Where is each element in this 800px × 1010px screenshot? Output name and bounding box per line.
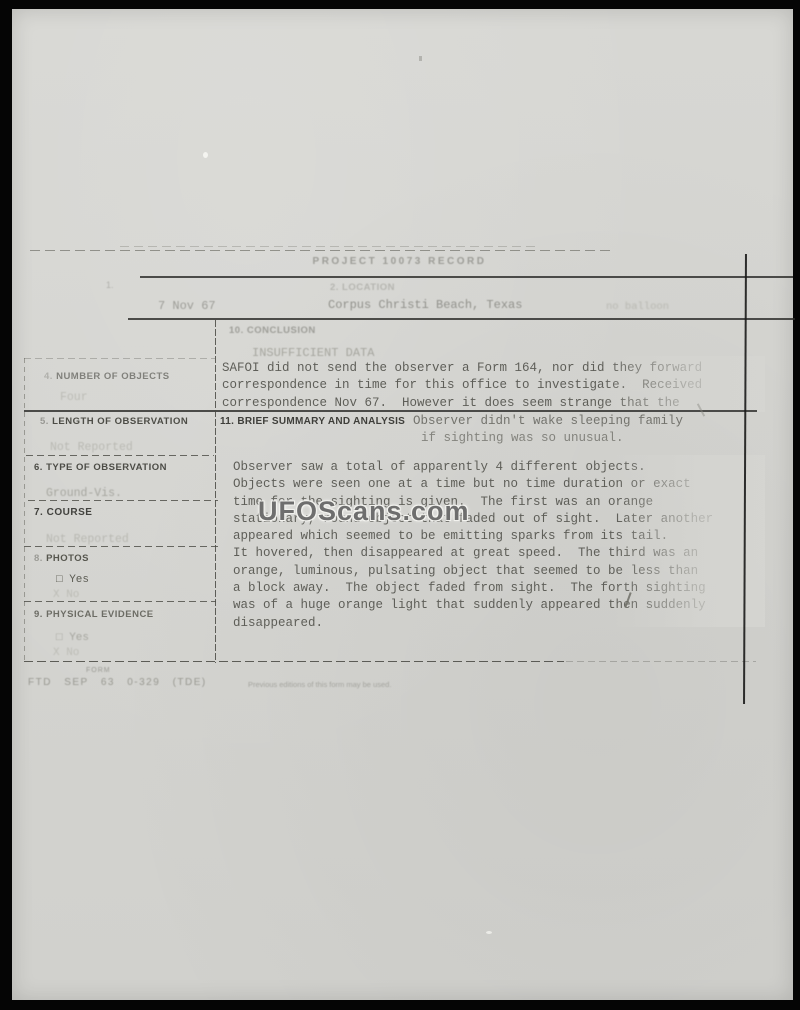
header-rule-2 xyxy=(128,318,795,320)
location-label: 2. LOCATION xyxy=(330,282,395,293)
conclusion-value: INSUFFICIENT DATA xyxy=(252,346,374,360)
field-number-of-objects-label: 4. NUMBER OF OBJECTS xyxy=(44,371,170,382)
field-label-text: COURSE xyxy=(47,507,93,518)
form-bottom-border-faint xyxy=(566,661,756,662)
scan-speck xyxy=(419,56,422,61)
field-length-of-observation-label: 5. LENGTH OF OBSERVATION xyxy=(40,416,188,427)
mid-rule xyxy=(24,410,757,412)
scanned-document-page: PROJECT 10073 RECORD 1. 2. LOCATION 7 No… xyxy=(0,0,800,1010)
left-column-top-border xyxy=(24,358,215,359)
field-number: 8. xyxy=(34,553,43,564)
field-number-of-objects-value: Four xyxy=(60,391,88,404)
footer-form-id: FTD SEP 63 0-329 (TDE) xyxy=(28,677,207,688)
field-label-text: PHOTOS xyxy=(46,553,89,564)
header-rule xyxy=(140,276,793,278)
ufoscans-watermark: UFOScans.com xyxy=(258,496,470,527)
field-number: 5. xyxy=(40,416,49,427)
scan-speck xyxy=(486,931,492,934)
field-separator xyxy=(26,455,214,456)
field-number: 4. xyxy=(44,371,53,382)
footer-note: Previous editions of this form may be us… xyxy=(248,680,391,689)
top-dashed-rule xyxy=(120,246,540,247)
scan-fade-overlay xyxy=(600,356,765,412)
summary-label: 11. BRIEF SUMMARY AND ANALYSIS xyxy=(220,416,405,427)
scan-speck xyxy=(203,152,208,158)
date-label: 1. xyxy=(106,280,114,290)
location-value: Corpus Christi Beach, Texas xyxy=(328,298,522,312)
field-label-text: NUMBER OF OBJECTS xyxy=(56,371,170,382)
field-label-text: TYPE OF OBSERVATION xyxy=(46,462,167,473)
photos-no-checkbox: X No xyxy=(53,589,79,601)
left-column-left-border xyxy=(24,358,25,663)
field-type-of-observation-value: Ground-Vis. xyxy=(46,487,122,500)
top-dashed-rule xyxy=(30,250,615,251)
field-course-value: Not Reported xyxy=(46,533,129,546)
field-separator xyxy=(24,546,220,547)
field-photos-label: 8. PHOTOS xyxy=(34,553,89,564)
summary-note-line1: Observer didn't wake sleeping family xyxy=(413,413,683,430)
field-number: 9. xyxy=(34,609,43,620)
physical-evidence-no-checkbox: X No xyxy=(53,647,79,659)
field-length-of-observation-value: Not Reported xyxy=(50,441,133,454)
physical-evidence-yes-checkbox: □ Yes xyxy=(56,632,89,644)
photos-yes-checkbox: □ Yes xyxy=(56,574,89,586)
field-separator xyxy=(28,500,218,501)
conclusion-label: 10. CONCLUSION xyxy=(229,325,316,336)
form-title: PROJECT 10073 RECORD xyxy=(292,256,507,267)
field-type-of-observation-label: 6. TYPE OF OBSERVATION xyxy=(34,462,167,473)
field-label-text: PHYSICAL EVIDENCE xyxy=(46,609,154,620)
field-number: 6. xyxy=(34,462,43,473)
field-physical-evidence-label: 9. PHYSICAL EVIDENCE xyxy=(34,609,154,620)
field-number: 7. xyxy=(34,507,43,518)
field-course-label: 7. COURSE xyxy=(34,507,92,518)
summary-note-line2: if sighting was so unusual. xyxy=(421,430,624,447)
date-value: 7 Nov 67 xyxy=(158,299,216,313)
left-column-divider xyxy=(215,320,216,663)
footer-form-word: FORM xyxy=(86,667,111,674)
field-separator xyxy=(24,601,216,602)
location-note: no balloon xyxy=(606,301,669,313)
form-bottom-border xyxy=(24,661,564,662)
field-label-text: LENGTH OF OBSERVATION xyxy=(52,416,188,427)
